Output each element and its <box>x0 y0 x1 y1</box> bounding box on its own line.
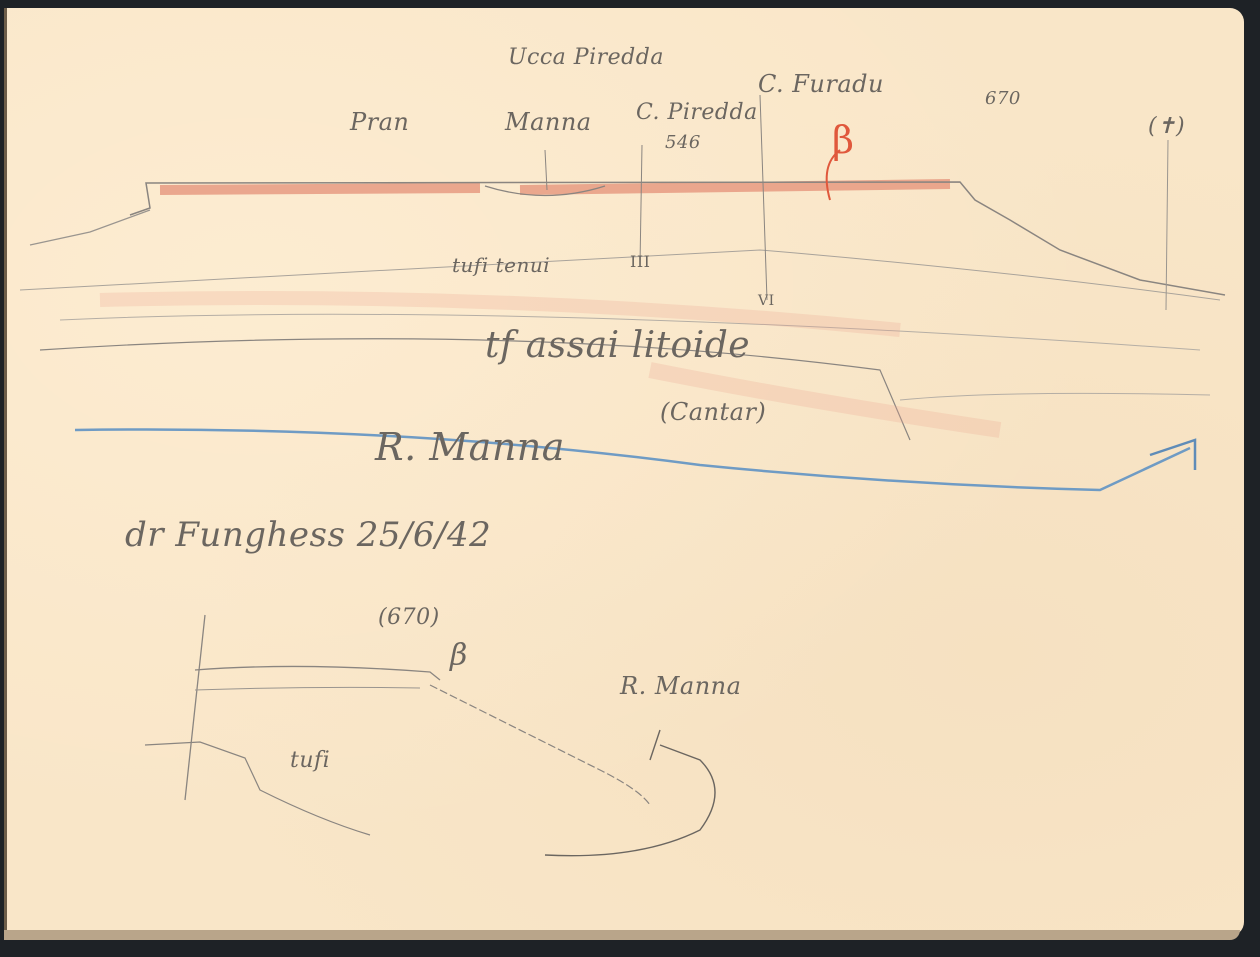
label-beta-small: β <box>450 638 468 673</box>
label-tufi-tenui: tufi tenui <box>452 253 550 277</box>
label-elevation-670-query: (670) <box>378 605 440 630</box>
label-formation: tf assai litoide <box>485 325 750 366</box>
label-elevation-670: 670 <box>985 88 1021 109</box>
label-beta-red: β <box>832 118 854 162</box>
label-river-small: R. Manna <box>620 672 741 700</box>
label-c-piredda-elevation: 546 <box>665 132 701 153</box>
red-cap-layer <box>160 184 950 190</box>
label-date-note: dr Funghess 25/6/42 <box>125 515 491 555</box>
river-line <box>75 429 1190 490</box>
label-ucca-piredda: Ucca Piredda <box>508 45 664 70</box>
label-pran: Pran <box>350 108 409 136</box>
geological-sketch <box>0 0 1260 957</box>
label-formation-note: (Cantar) <box>660 398 766 426</box>
label-c-piredda: C. Piredda <box>636 100 758 125</box>
label-river-manna: R. Manna <box>375 425 565 469</box>
label-marker-iii: III <box>630 252 650 271</box>
label-c-furadu: C. Furadu <box>758 70 884 98</box>
label-marker-vi: VI <box>758 293 775 309</box>
label-manna-top: Manna <box>505 108 592 136</box>
label-tufi: tufi <box>290 748 330 773</box>
cross-marker-icon: (✝) <box>1148 114 1185 139</box>
